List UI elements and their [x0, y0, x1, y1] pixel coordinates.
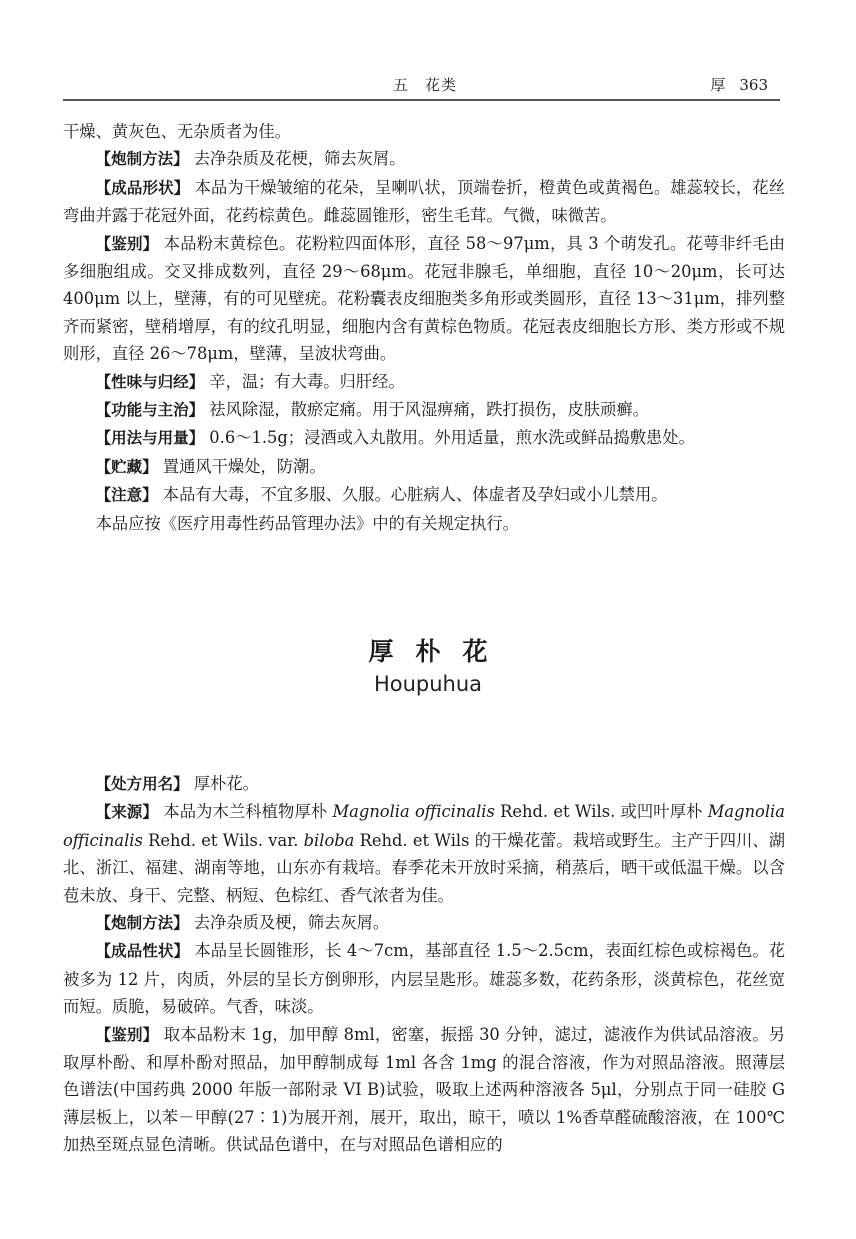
section-caution: 【注意】 本品有大毒，不宜多服、久服。心脏病人、体虚者及孕妇或小儿禁用。: [63, 481, 785, 509]
section-label: 【用法与用量】: [96, 429, 205, 447]
section-processing: 【炮制方法】 去净杂质及花梗，筛去灰屑。: [63, 145, 785, 173]
continuation-text: 干燥、黄灰色、无杂质者为佳。: [63, 118, 785, 145]
section-label: 【炮制方法】: [96, 150, 189, 168]
section-label: 【功能与主治】: [96, 401, 205, 419]
section-appearance: 【成品形状】 本品为干燥皱缩的花朵，呈喇叭状，顶端卷折，橙黄色或黄褐色。雄蕊较长…: [63, 174, 785, 230]
section-text: 厚朴花。: [194, 774, 259, 793]
entry-pinyin: Houpuhua: [0, 672, 856, 696]
entry-title: 厚朴花: [0, 632, 856, 668]
section-source: 【来源】 本品为木兰科植物厚朴 Magnolia officinalis Reh…: [63, 798, 785, 909]
section-characteristics: 【成品性状】 本品呈长圆锥形，长 4～7cm，基部直径 1.5～2.5cm，表面…: [63, 937, 785, 1020]
section-prescription-name: 【处方用名】 厚朴花。: [63, 770, 785, 798]
section-label: 【成品形状】: [96, 179, 190, 197]
header-rule: [63, 99, 780, 101]
header-right: 厚363: [710, 74, 768, 95]
section-identification: 【鉴别】 取本品粉末 1g，加甲醇 8ml，密塞，振摇 30 分钟，滤过，滤液作…: [63, 1021, 785, 1159]
closing-note: 本品应按《医疗用毒性药品管理办法》中的有关规定执行。: [63, 510, 785, 537]
entry-body: 【处方用名】 厚朴花。 【来源】 本品为木兰科植物厚朴 Magnolia off…: [63, 770, 785, 1159]
entry-heading: 厚朴花 Houpuhua: [0, 632, 856, 696]
latin-name: Magnolia officinalis: [333, 802, 495, 821]
previous-entry: 干燥、黄灰色、无杂质者为佳。 【炮制方法】 去净杂质及花梗，筛去灰屑。 【成品形…: [63, 118, 785, 537]
section-text: 本品粉末黄棕色。花粉粒四面体形，直径 58～97μm，具 3 个萌发孔。花萼非纤…: [63, 234, 785, 364]
section-text: 本品有大毒，不宜多服、久服。心脏病人、体虚者及孕妇或小儿禁用。: [163, 485, 668, 504]
running-header: 五 花类 厚363: [63, 72, 780, 100]
section-text: 去净杂质及梗，筛去灰屑。: [194, 913, 389, 932]
source-text: Rehd. et Wils. var.: [143, 831, 304, 850]
section-label: 【注意】: [96, 486, 158, 504]
page-number: 363: [739, 76, 768, 94]
source-text: 本品为木兰科植物厚朴: [163, 802, 332, 821]
section-label: 【炮制方法】: [96, 914, 189, 932]
chapter-title: 五 花类: [393, 74, 457, 95]
section-dosage: 【用法与用量】 0.6～1.5g；浸酒或入丸散用。外用适量，煎水洗或鲜品捣敷患处…: [63, 424, 785, 452]
section-text: 祛风除湿，散瘀定痛。用于风湿痹痛，跌打损伤，皮肤顽癣。: [209, 400, 649, 419]
section-label: 【鉴别】: [96, 1026, 159, 1044]
section-text: 去净杂质及花梗，筛去灰屑。: [194, 149, 406, 168]
section-text: 辛，温；有大毒。归肝经。: [209, 372, 404, 391]
section-nature: 【性味与归经】 辛，温；有大毒。归肝经。: [63, 368, 785, 396]
section-label: 【贮藏】: [96, 458, 158, 476]
section-storage: 【贮藏】 置通风干燥处，防潮。: [63, 453, 785, 481]
section-text: 取本品粉末 1g，加甲醇 8ml，密塞，振摇 30 分钟，滤过，滤液作为供试品溶…: [63, 1025, 785, 1155]
latin-name: biloba: [304, 831, 355, 850]
section-label: 【鉴别】: [96, 235, 159, 253]
section-label: 【性味与归经】: [96, 373, 205, 391]
section-label: 【来源】: [96, 803, 158, 821]
section-text: 0.6～1.5g；浸酒或入丸散用。外用适量，煎水洗或鲜品捣敷患处。: [209, 428, 695, 447]
section-text: 置通风干燥处，防潮。: [163, 457, 326, 476]
section-label: 【成品性状】: [96, 942, 190, 960]
section-processing: 【炮制方法】 去净杂质及梗，筛去灰屑。: [63, 909, 785, 937]
section-label: 【处方用名】: [96, 775, 189, 793]
section-identification: 【鉴别】 本品粉末黄棕色。花粉粒四面体形，直径 58～97μm，具 3 个萌发孔…: [63, 230, 785, 368]
header-keyword: 厚: [710, 76, 725, 94]
section-function: 【功能与主治】 祛风除湿，散瘀定痛。用于风湿痹痛，跌打损伤，皮肤顽癣。: [63, 396, 785, 424]
source-text: Rehd. et Wils. 或凹叶厚朴: [495, 802, 708, 821]
